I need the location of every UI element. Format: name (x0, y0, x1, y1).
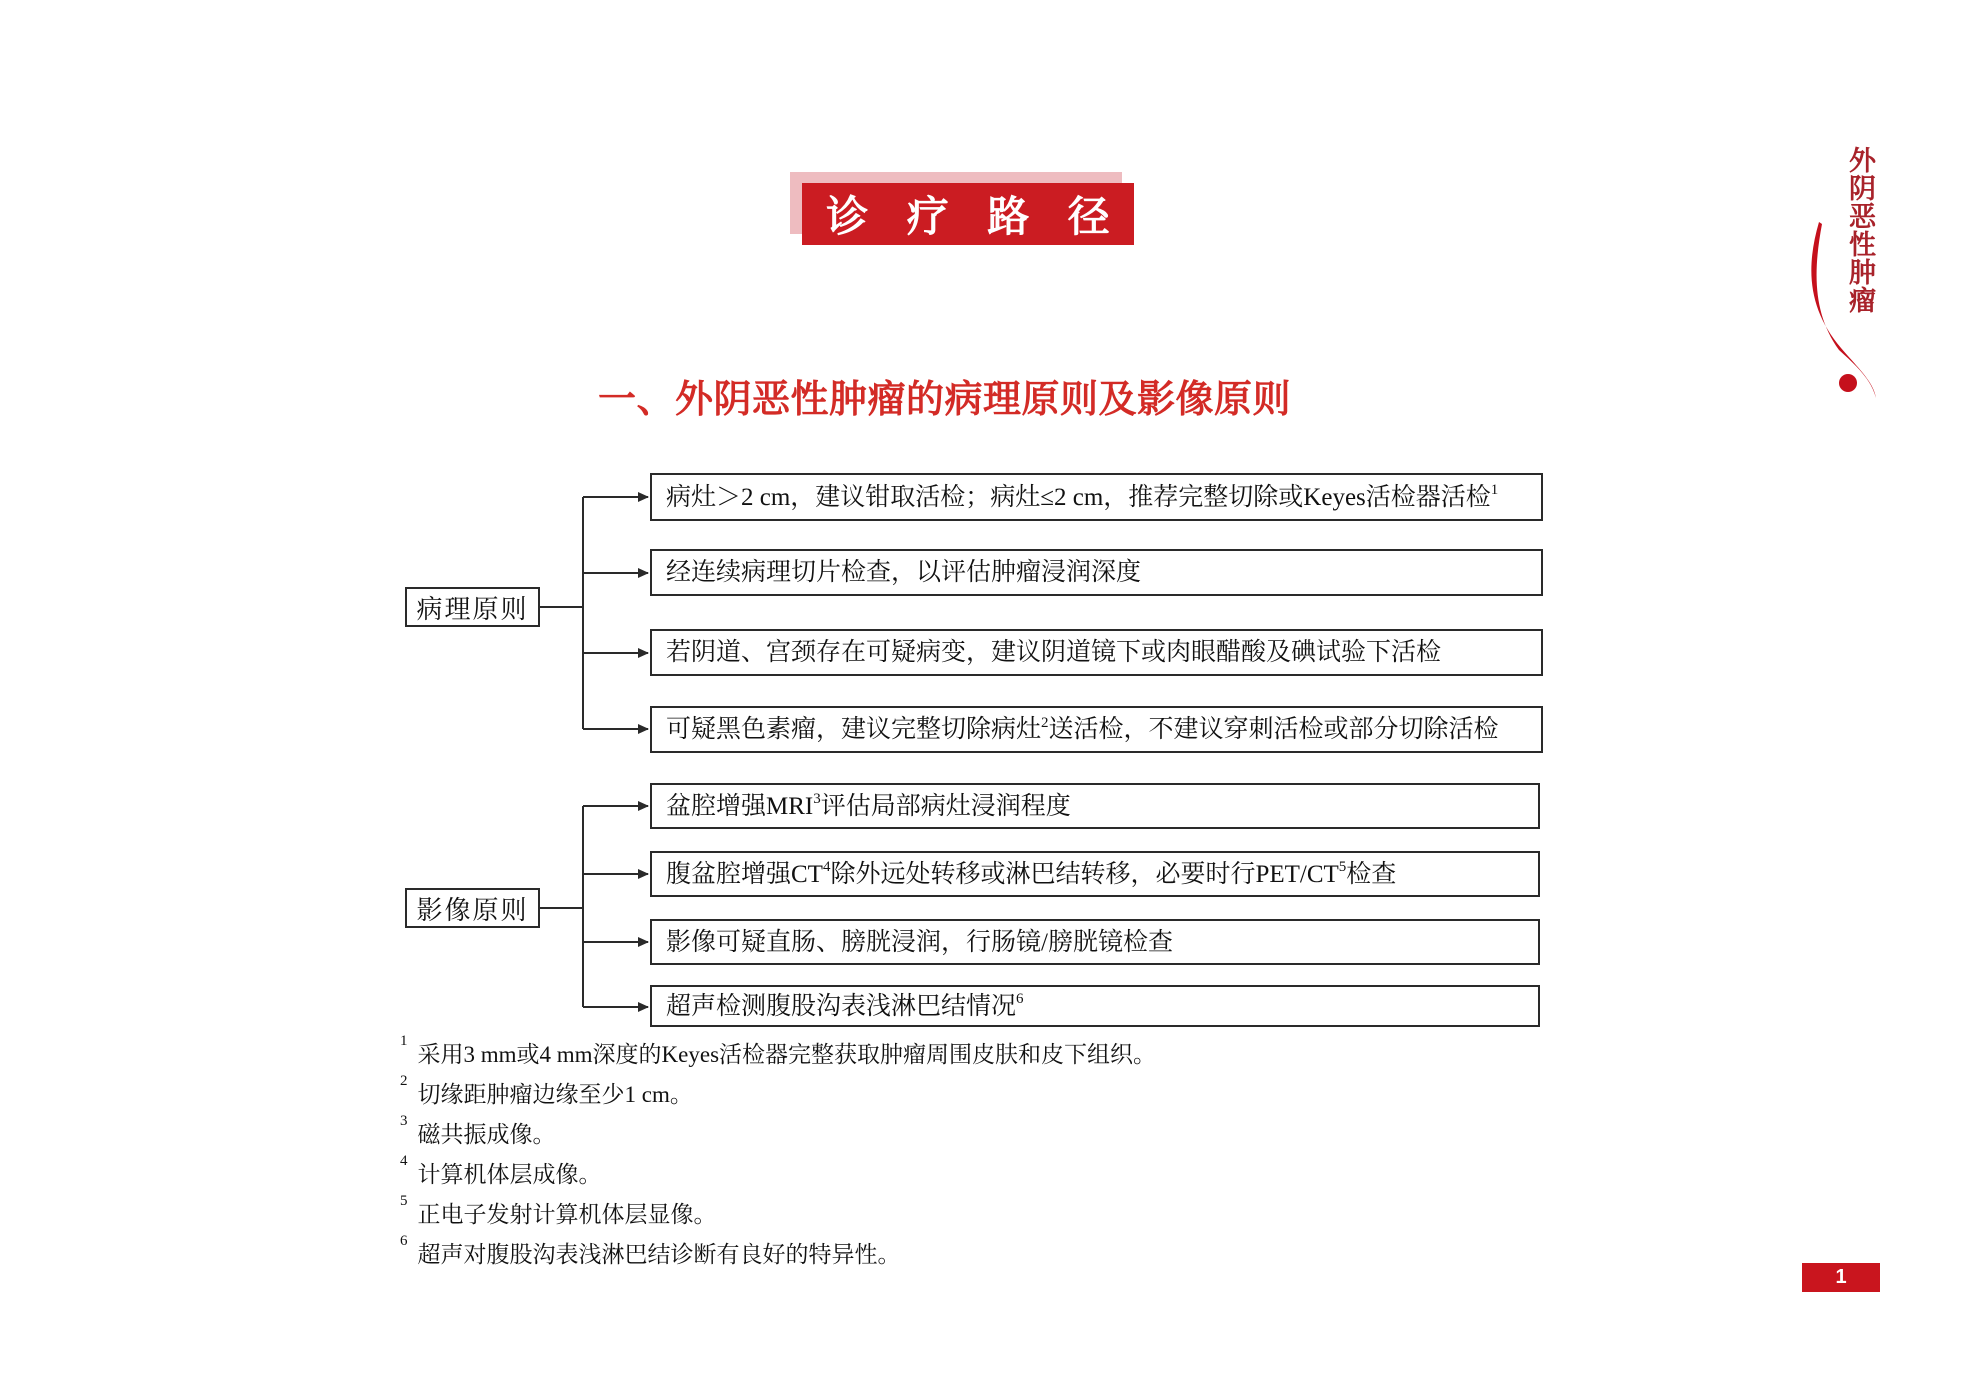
node-imaging-principles: 影像原则 (405, 888, 540, 928)
flow-box-pelvic-mri: 盆腔增强MRI3评估局部病灶浸润程度 (650, 783, 1540, 829)
page-number-badge: 1 (1802, 1263, 1880, 1292)
footnote-3: 3磁共振成像。 (400, 1116, 1156, 1156)
flow-box-biopsy-size: 病灶＞2 cm，建议钳取活检；病灶≤2 cm，推荐完整切除或Keyes活检器活检… (650, 473, 1543, 521)
flow-box-ultrasound-nodes: 超声检测腹股沟表浅淋巴结情况6 (650, 985, 1540, 1027)
footnote-6: 6超声对腹股沟表浅淋巴结诊断有良好的特异性。 (400, 1236, 1156, 1276)
footnotes: 1采用3 mm或4 mm深度的Keyes活检器完整获取肿瘤周围皮肤和皮下组织。 … (400, 1036, 1156, 1276)
flow-box-endoscopy: 影像可疑直肠、膀胱浸润，行肠镜/膀胱镜检查 (650, 919, 1540, 965)
footnote-5: 5正电子发射计算机体层显像。 (400, 1196, 1156, 1236)
node-pathology-principles: 病理原则 (405, 587, 540, 627)
flow-box-ct-petct: 腹盆腔增强CT4除外远处转移或淋巴结转移，必要时行PET/CT5检查 (650, 851, 1540, 897)
flow-box-melanoma: 可疑黑色素瘤，建议完整切除病灶2送活检，不建议穿刺活检或部分切除活检 (650, 706, 1543, 753)
footnote-4: 4计算机体层成像。 (400, 1156, 1156, 1196)
flow-box-serial-sections: 经连续病理切片检查，以评估肿瘤浸润深度 (650, 549, 1543, 596)
footnote-2: 2切缘距肿瘤边缘至少1 cm。 (400, 1076, 1156, 1116)
footnote-1: 1采用3 mm或4 mm深度的Keyes活检器完整获取肿瘤周围皮肤和皮下组织。 (400, 1036, 1156, 1076)
flow-box-vagina-cervix-lesion: 若阴道、宫颈存在可疑病变，建议阴道镜下或肉眼醋酸及碘试验下活检 (650, 629, 1543, 676)
